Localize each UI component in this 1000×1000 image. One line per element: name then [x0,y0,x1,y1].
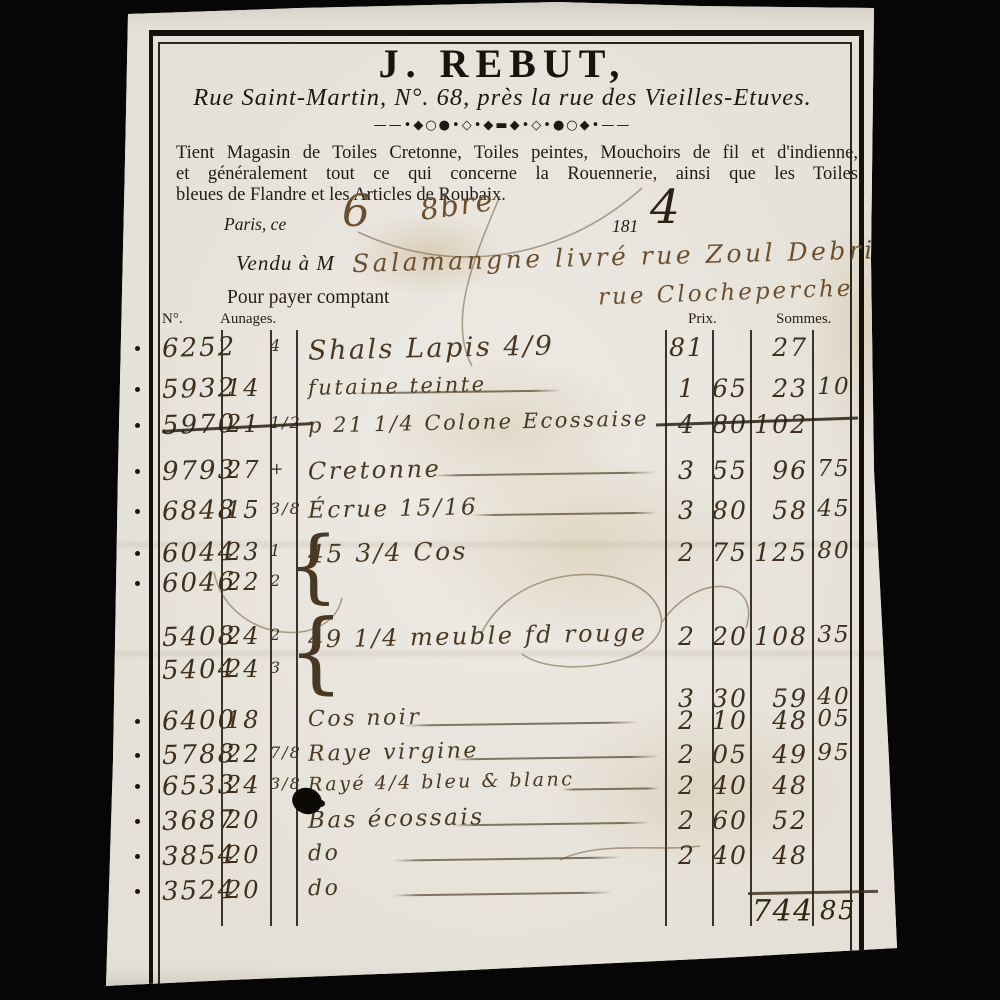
row-aunage: 20 [226,876,261,904]
row-amount-francs: 102 [750,410,808,439]
row-price-francs: 2 [666,806,708,835]
row-aunage: 23 [226,538,261,566]
business-description-line: bleues de Flandre et les Articles de Rou… [176,185,858,207]
row-price-centimes: 80 [712,410,748,439]
grouping-brace: { [288,526,339,606]
margin-ink-dot [135,719,140,724]
row-aunage: 20 [226,806,261,834]
row-price-francs: 81 [666,333,708,362]
row-price-centimes: 80 [712,496,748,525]
row-amount-francs: 49 [750,740,808,769]
row-price-centimes: 55 [712,456,748,485]
row-amount-francs: 96 [750,456,808,485]
row-price-centimes: 75 [712,538,748,567]
row-price-francs: 2 [666,538,708,567]
row-amount-francs: 48 [750,706,808,735]
margin-ink-dot [135,819,140,824]
row-aunage: 20 [226,841,261,869]
column-header-no: N°. [162,311,183,328]
row-description: Cos noir [308,705,422,732]
handwritten-day: 6 [342,186,372,237]
row-description: Raye virgine [308,738,479,767]
row-aunage: 27 [226,456,261,484]
row-price-centimes: 40 [712,771,748,800]
business-description-line: Tient Magasin de Toiles Cretonne, Toiles… [176,143,858,165]
row-price-francs: 2 [666,622,708,651]
row-amount-francs: 58 [750,496,808,525]
ink-blot [316,800,325,807]
margin-ink-dot [135,346,140,351]
row-aunage: 15 [226,496,261,524]
row-amount-centimes: 95 [816,740,852,766]
margin-ink-dot [135,423,140,428]
row-aunage: 24 [226,655,261,683]
margin-ink-dot [135,387,140,392]
total-francs: 744 [752,894,814,929]
row-aunage-fraction: 1 [270,541,282,560]
row-amount-francs: 108 [750,622,808,651]
ornament-divider: ——•◆○●•◇•◆▬◆•◇•●○◆•—— [150,118,855,133]
payment-terms: Pour payer comptant [227,287,389,309]
row-price-francs: 2 [666,706,708,735]
row-aunage-fraction: 2 [270,571,282,590]
date-place-label: Paris, ce [224,214,286,235]
margin-ink-dot [135,854,140,859]
row-price-centimes: 10 [712,706,748,735]
grouping-brace: { [288,608,344,696]
row-description: do [308,876,341,902]
row-aunage: 14 [226,374,261,402]
column-header-sommes: Sommes. [776,311,831,328]
row-aunage: 24 [226,771,261,799]
column-header-aunages: Aunages. [220,311,276,328]
row-aunage: 22 [226,740,261,768]
sold-to-label: Vendu à M [236,251,335,276]
row-amount-francs: 27 [750,333,808,362]
row-description: Cretonne [308,455,442,486]
row-price-centimes: 40 [712,841,748,870]
row-price-centimes: 65 [712,374,748,403]
paper-sheet: J. REBUT, Rue Saint-Martin, N°. 68, près… [0,0,1000,1000]
row-aunage-fraction: 4 [270,336,282,355]
row-price-francs: 3 [666,496,708,525]
merchant-address: Rue Saint-Martin, N°. 68, près la rue de… [150,84,855,112]
row-aunage-fraction: + [270,459,285,478]
row-price-centimes: 60 [712,806,748,835]
row-aunage-fraction: 7/8 [270,743,302,762]
row-amount-francs: 23 [750,374,808,403]
row-amount-francs: 48 [750,841,808,870]
row-price-francs: 2 [666,771,708,800]
margin-ink-dot [135,551,140,556]
row-aunage: 22 [226,568,261,596]
row-amount-centimes: 10 [816,374,852,400]
row-price-centimes: 20 [712,622,748,651]
row-price-francs: 3 [666,456,708,485]
column-header-prix: Prix. [688,311,717,328]
margin-ink-dot [135,581,140,586]
row-description: Shals Lapis 4/9 [308,330,555,366]
margin-ink-dot [135,753,140,758]
merchant-name: J. REBUT, [150,40,855,87]
row-amount-centimes: 45 [816,496,852,522]
business-description-line: et généralement tout ce qui concerne la … [176,164,858,186]
margin-ink-dot [135,469,140,474]
row-price-centimes: 05 [712,740,748,769]
row-aunage: 24 [226,622,261,650]
row-price-francs: 1 [666,374,708,403]
row-amount-centimes: 80 [816,538,852,564]
row-price-francs: 2 [666,841,708,870]
row-amount-centimes: 75 [816,456,852,482]
row-amount-centimes: 05 [816,706,852,732]
row-amount-francs: 125 [750,538,808,567]
row-amount-centimes: 35 [816,622,852,648]
row-amount-francs: 48 [750,771,808,800]
total-centimes: 85 [820,896,856,926]
row-price-francs: 2 [666,740,708,769]
margin-ink-dot [135,889,140,894]
row-aunage-fraction: 3/8 [270,499,302,518]
row-stock-number: 6252 [162,332,237,364]
row-description: do [308,841,341,867]
row-description: futaine teinte [308,372,487,400]
handwritten-year-digit: 4 [650,180,681,235]
row-description: Bas écossais [308,804,485,834]
row-aunage: 18 [226,706,261,734]
margin-ink-dot [135,784,140,789]
row-aunage-fraction: 2 [270,625,282,644]
margin-ink-dot [135,509,140,514]
row-amount-francs: 52 [750,806,808,835]
row-aunage-fraction: 3 [270,658,282,677]
photo-of-invoice: J. REBUT, Rue Saint-Martin, N°. 68, près… [0,0,1000,1000]
printed-year-prefix: 181 [612,216,638,237]
